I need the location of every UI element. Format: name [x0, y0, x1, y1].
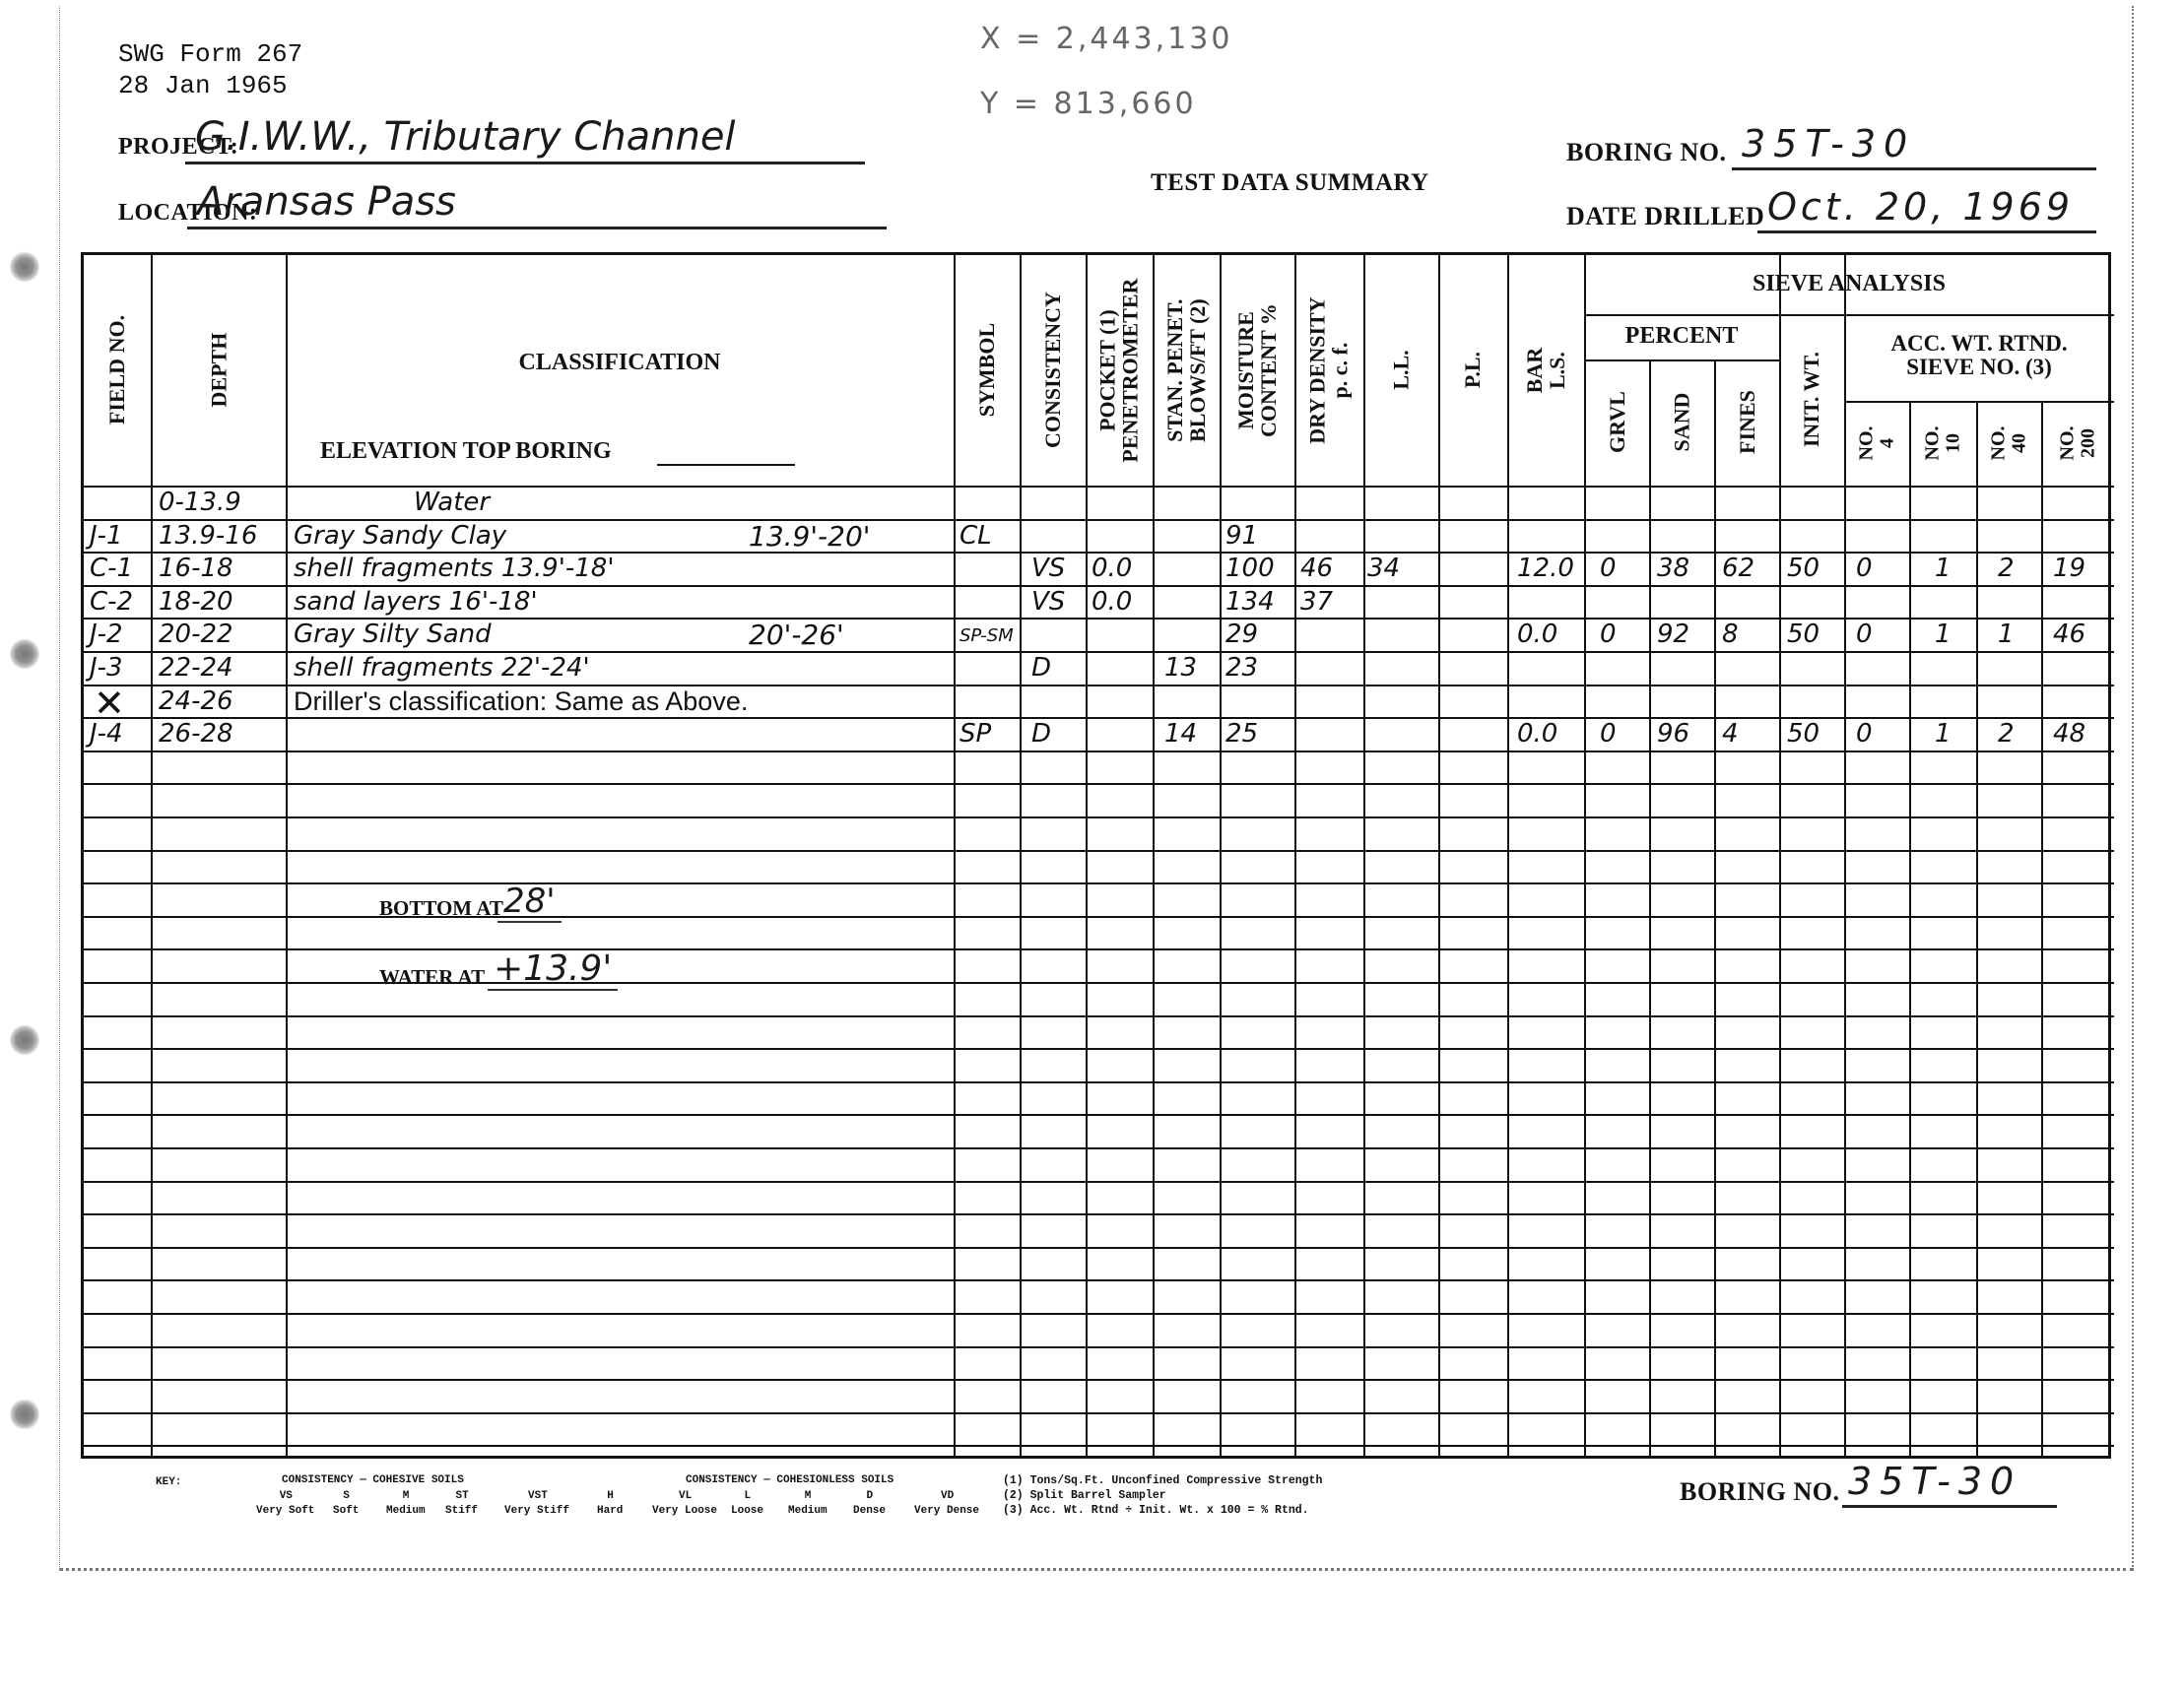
cell-no10: 1 [1935, 555, 1952, 581]
cell-fines: 4 [1722, 721, 1739, 747]
boring-field[interactable]: 35T-30 [1732, 126, 2096, 170]
grid-vline [1153, 255, 1155, 1456]
key-abbr: VD [941, 1489, 954, 1504]
col-header-symbol: SYMBOL [954, 255, 1020, 486]
cell-field-no: J-2 [90, 621, 123, 647]
grid-vline [1020, 255, 1022, 1456]
cell-sand: 38 [1657, 555, 1689, 581]
grid-hline [84, 850, 2114, 852]
grid-vline [1909, 401, 1911, 1456]
page-title: TEST DATA SUMMARY [1151, 169, 1429, 197]
key-abbr: VL [679, 1489, 692, 1504]
cell-fines: 8 [1722, 621, 1739, 647]
grid-hline [84, 1048, 2114, 1050]
col-header-moisture: MOISTURECONTENT % [1220, 255, 1294, 486]
footnote-1: (1) Tons/Sq.Ft. Unconfined Compressive S… [1003, 1473, 1322, 1488]
grid-vline [1779, 255, 1781, 1456]
key-name: Loose [731, 1504, 763, 1519]
footer-boring-field[interactable]: 35T-30 [1842, 1464, 2057, 1508]
grid-hline [84, 1114, 2114, 1116]
col-header-no40: NO.40 [1976, 401, 2041, 486]
key-name: Stiff [445, 1504, 478, 1519]
col-header-dry-density: DRY DENSITYp. c. f. [1294, 255, 1363, 486]
cell-no200: 46 [2053, 621, 2085, 647]
col-header-pl: P.L. [1438, 255, 1507, 486]
cell-classification-range: 20'-26' [749, 621, 844, 649]
bottom-at-label: BOTTOM AT [379, 893, 503, 923]
form-id: SWG Form 267 [118, 39, 302, 69]
cell-depth: 20-22 [159, 621, 233, 647]
form-date: 28 Jan 1965 [118, 71, 288, 100]
date-drilled-value: Oct. 20, 1969 [1767, 185, 2074, 228]
cell-classification: Water [414, 490, 490, 515]
grid-vline [1220, 255, 1222, 1456]
cell-no40: 2 [1998, 721, 2015, 747]
col-header-pocket-penetrometer: POCKET (1)PENETROMETER [1086, 255, 1153, 486]
date-drilled-field[interactable]: Oct. 20, 1969 [1757, 187, 2096, 233]
grid-vline [1086, 255, 1088, 1456]
cell-classification: Gray Sandy Clay [294, 523, 506, 549]
grid-vline [1714, 359, 1716, 1456]
cell-dry: 37 [1300, 589, 1333, 615]
boring-value: 35T-30 [1742, 122, 1915, 165]
date-drilled-label: DATE DRILLED [1566, 202, 1764, 231]
cell-consistency: D [1031, 655, 1051, 681]
grid-vline [1584, 255, 1586, 1456]
project-value: G.I.W.W., Tributary Channel [195, 114, 736, 160]
grid-hline [84, 816, 2114, 818]
key-abbr: ST [456, 1489, 469, 1504]
grid-hline [84, 1313, 2114, 1315]
footnote-2: (2) Split Barrel Sampler [1003, 1488, 1166, 1503]
grid-vline [954, 255, 956, 1456]
cohesive-soils-title: CONSISTENCY — COHESIVE SOILS [282, 1473, 464, 1488]
location-field[interactable]: Aransas Pass [187, 185, 887, 229]
cell-no4: 0 [1856, 555, 1873, 581]
cell-consistency: VS [1031, 555, 1065, 581]
cell-no40: 2 [1998, 555, 2015, 581]
grid-hline [84, 1346, 2114, 1348]
cell-field-no: C-1 [90, 555, 133, 581]
water-at-value[interactable]: +13.9' [488, 948, 618, 991]
grid-hline [1584, 314, 2114, 316]
grid-hline [84, 1081, 2114, 1083]
cell-moisture: 23 [1225, 655, 1258, 681]
coordinate-x: X = 2,443,130 [980, 22, 1232, 56]
cell-consistency: D [1031, 721, 1051, 747]
cell-no10: 1 [1935, 721, 1952, 747]
cell-field-no: C-2 [90, 589, 133, 615]
cell-pocket: 0.0 [1092, 589, 1132, 615]
col-header-grvl: GRVL [1584, 359, 1649, 486]
hole-punch-mark [10, 251, 39, 283]
col-header-no200: NO.200 [2041, 401, 2114, 486]
cell-consistency: VS [1031, 589, 1065, 615]
grid-hline [84, 948, 2114, 950]
cell-classification-range: 13.9'-20' [749, 523, 870, 551]
cell-init-wt: 50 [1787, 621, 1820, 647]
cell-dry: 46 [1300, 555, 1333, 581]
col-header-consistency: CONSISTENCY [1020, 255, 1086, 486]
cell-no10: 1 [1935, 621, 1952, 647]
cell-stan: 13 [1164, 655, 1197, 681]
void-x-mark: ✕ [94, 685, 125, 722]
cell-moisture: 100 [1225, 555, 1275, 581]
key-name: Very Dense [914, 1504, 979, 1519]
footnote-3: (3) Acc. Wt. Rtnd ÷ Init. Wt. x 100 = % … [1003, 1503, 1309, 1518]
boring-label: BORING NO. [1566, 138, 1726, 167]
cell-moisture: 134 [1225, 589, 1275, 615]
grid-hline [84, 882, 2114, 884]
key-name: Very Loose [652, 1504, 717, 1519]
cell-moisture: 25 [1225, 721, 1258, 747]
bottom-at-value[interactable]: 28' [497, 881, 562, 923]
grid-hline [84, 1213, 2114, 1215]
key-abbr: M [805, 1489, 812, 1504]
cell-depth: 22-24 [159, 655, 233, 681]
cell-grvl: 0 [1600, 621, 1617, 647]
col-header-acc-wt-rtnd: ACC. WT. RTND.SIEVE NO. (3) [1844, 316, 2114, 395]
key-abbr: VS [280, 1489, 293, 1504]
water-at-label: WATER AT [379, 962, 485, 992]
cell-bar: 0.0 [1517, 721, 1557, 747]
grid-hline [84, 1412, 2114, 1414]
cell-symbol: CL [960, 523, 992, 549]
col-header-field-no: FIELD NO. [84, 255, 151, 486]
elevation-top-boring-field[interactable] [657, 464, 795, 466]
cell-depth: 18-20 [159, 589, 233, 615]
key-name: Medium [386, 1504, 426, 1519]
grid-hline [1844, 401, 2114, 403]
grid-hline [84, 486, 2114, 488]
cell-stan: 14 [1164, 721, 1197, 747]
cell-field-no: J-3 [90, 655, 123, 681]
cell-init-wt: 50 [1787, 555, 1820, 581]
coordinate-y: Y = 813,660 [980, 87, 1197, 121]
grid-hline [84, 751, 2114, 752]
grid-vline [1976, 401, 1978, 1456]
col-header-bar-ls: BARL.S. [1507, 255, 1584, 486]
key-abbr: S [343, 1489, 350, 1504]
elevation-top-boring-label: ELEVATION TOP BORING [320, 432, 675, 472]
cell-bar: 12.0 [1517, 555, 1574, 581]
cell-ll: 34 [1367, 555, 1400, 581]
key-abbr: H [607, 1489, 614, 1504]
grid-vline [1438, 255, 1440, 1456]
location-value: Aransas Pass [197, 179, 456, 225]
cell-classification: Driller's classification: Same as Above. [294, 688, 748, 715]
grid-hline [84, 1445, 2114, 1447]
col-header-depth: DEPTH [151, 255, 286, 486]
col-header-fines: FINES [1714, 359, 1779, 486]
cohesionless-soils-title: CONSISTENCY — COHESIONLESS SOILS [686, 1473, 893, 1488]
cell-init-wt: 50 [1787, 721, 1820, 747]
grid-hline [84, 1147, 2114, 1149]
cell-depth: 0-13.9 [159, 490, 241, 515]
cell-moisture: 91 [1225, 523, 1258, 549]
grid-vline [151, 255, 153, 1456]
footer-boring-value: 35T-30 [1848, 1460, 2021, 1503]
key-abbr: L [745, 1489, 752, 1504]
cell-grvl: 0 [1600, 721, 1617, 747]
grid-hline [1584, 359, 1779, 361]
grid-vline [1363, 255, 1365, 1456]
hole-punch-mark [10, 1399, 39, 1430]
col-header-no10: NO.10 [1909, 401, 1976, 486]
col-header-classification: CLASSIFICATION [286, 344, 954, 383]
cell-classification: Gray Silty Sand [294, 621, 492, 647]
test-data-table: FIELD NO. DEPTH CLASSIFICATION ELEVATION… [81, 252, 2111, 1459]
key-label: KEY: [156, 1475, 181, 1490]
hole-punch-mark [10, 1024, 39, 1056]
grid-vline [1649, 359, 1651, 1456]
cell-depth: 13.9-16 [159, 523, 257, 549]
cell-no200: 19 [2053, 555, 2085, 581]
cell-symbol: SP [960, 721, 991, 747]
cell-field-no: J-1 [90, 523, 123, 549]
col-header-sand: SAND [1649, 359, 1714, 486]
cell-symbol: SP-SM [960, 627, 1014, 645]
cell-depth: 24-26 [159, 688, 233, 714]
grid-hline [84, 1015, 2114, 1017]
key-name: Hard [597, 1504, 623, 1519]
col-header-ll: L.L. [1363, 255, 1438, 486]
key-abbr: VST [528, 1489, 548, 1504]
grid-vline [286, 255, 288, 1456]
project-field[interactable]: G.I.W.W., Tributary Channel [185, 118, 865, 164]
col-header-percent: PERCENT [1584, 314, 1779, 359]
key-name: Very Soft [256, 1504, 314, 1519]
cell-depth: 16-18 [159, 555, 233, 581]
cell-no40: 1 [1998, 621, 2015, 647]
grid-hline [84, 1181, 2114, 1183]
cell-field-no: J-4 [90, 721, 123, 747]
col-header-init-wt: INIT. WT. [1779, 314, 1844, 486]
col-header-stan-penet: STAN. PENET.BLOWS/FT (2) [1153, 255, 1220, 486]
footer-boring-label: BORING NO. [1680, 1477, 1839, 1507]
grid-hline [84, 783, 2114, 785]
hole-punch-mark [10, 638, 39, 670]
grid-hline [84, 1279, 2114, 1281]
cell-classification: shell fragments 13.9'-18' [294, 555, 614, 581]
cell-sand: 92 [1657, 621, 1689, 647]
col-header-no4: NO.4 [1844, 401, 1909, 486]
cell-moisture: 29 [1225, 621, 1258, 647]
cell-depth: 26-28 [159, 721, 233, 747]
cell-no200: 48 [2053, 721, 2085, 747]
cell-no4: 0 [1856, 621, 1873, 647]
grid-vline [1844, 255, 1846, 1456]
key-abbr: M [403, 1489, 410, 1504]
cell-sand: 96 [1657, 721, 1689, 747]
cell-fines: 62 [1722, 555, 1754, 581]
grid-vline [1294, 255, 1296, 1456]
grid-hline [84, 1247, 2114, 1249]
key-name: Soft [333, 1504, 359, 1519]
grid-vline [2041, 401, 2043, 1456]
key-abbr: D [867, 1489, 874, 1504]
key-name: Dense [853, 1504, 886, 1519]
cell-pocket: 0.0 [1092, 555, 1132, 581]
key-name: Very Stiff [504, 1504, 569, 1519]
grid-hline [84, 1379, 2114, 1381]
col-header-sieve-analysis: SIEVE ANALYSIS [1584, 255, 2114, 314]
cell-classification: sand layers 16'-18' [294, 589, 538, 615]
key-name: Medium [788, 1504, 827, 1519]
grid-vline [1507, 255, 1509, 1456]
cell-bar: 0.0 [1517, 621, 1557, 647]
cell-grvl: 0 [1600, 555, 1617, 581]
cell-classification: shell fragments 22'-24' [294, 655, 590, 681]
cell-no4: 0 [1856, 721, 1873, 747]
